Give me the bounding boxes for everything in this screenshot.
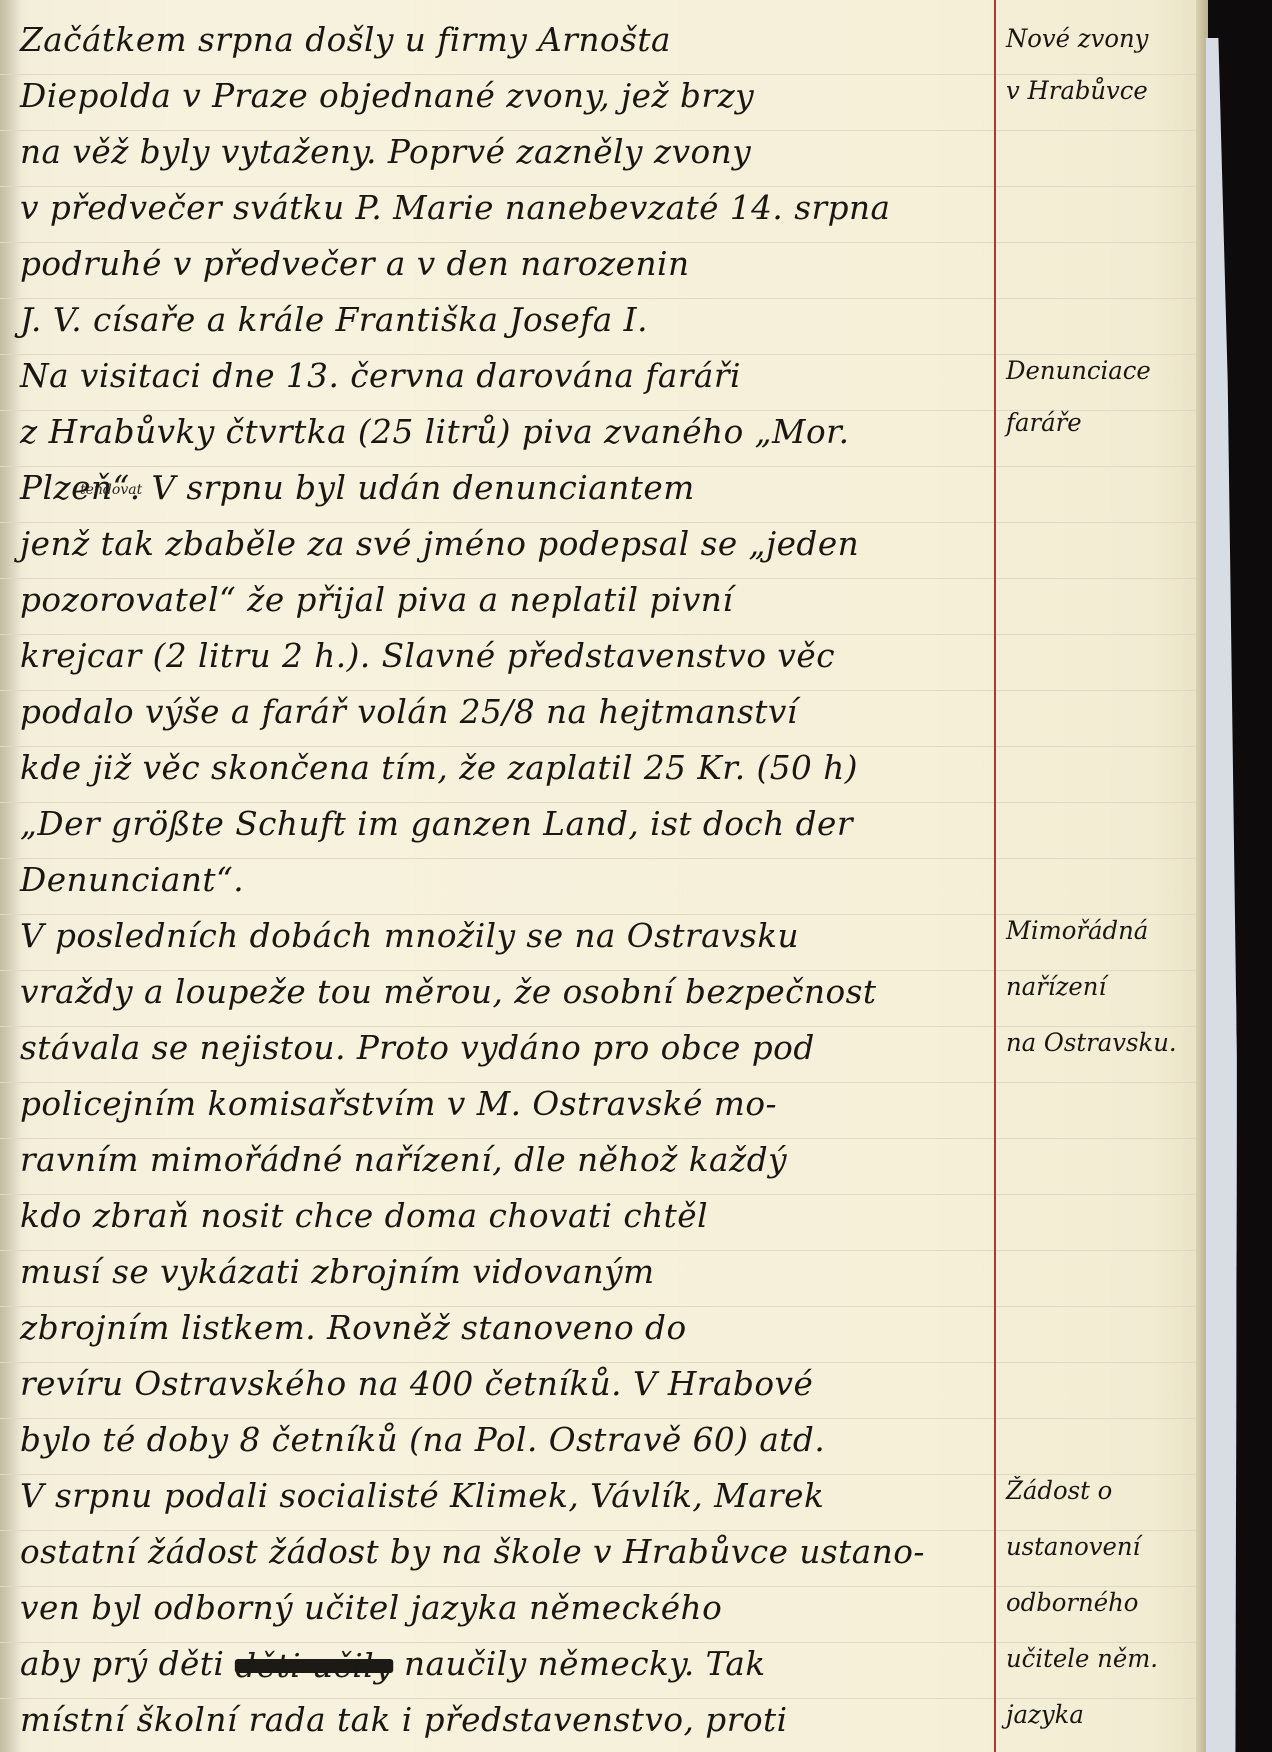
ruled-line <box>0 1082 1198 1083</box>
text-line: policejním komisařstvím v M. Ostravské m… <box>20 1084 970 1123</box>
margin-note-line: Denunciace <box>1006 356 1186 385</box>
ruled-line <box>0 1642 1198 1643</box>
ruled-line <box>0 74 1198 75</box>
ruled-line <box>0 858 1198 859</box>
margin-note-line: ustanovení <box>1006 1532 1186 1561</box>
margin-note-line: jazyka <box>1006 1700 1186 1729</box>
ruled-line <box>0 746 1198 747</box>
text-line: v předvečer svátku P. Marie nanebevzaté … <box>20 188 970 227</box>
ruled-line <box>0 970 1198 971</box>
margin-note-line: Nové zvony <box>1006 24 1186 53</box>
binding-shadow <box>0 0 22 1752</box>
text-line: místní školní rada tak i představenstvo,… <box>20 1700 970 1739</box>
ruled-line <box>0 802 1198 803</box>
ruled-line <box>0 1698 1198 1699</box>
margin-note-line: nařízení <box>1006 972 1186 1001</box>
ruled-line <box>0 242 1198 243</box>
ruled-line <box>0 1250 1198 1251</box>
text-line: z Hrabůvky čtvrtka (25 litrů) piva zvané… <box>20 412 970 451</box>
text-line: J. V. císaře a krále Františka Josefa I. <box>20 300 970 339</box>
red-margin-rule <box>994 0 996 1752</box>
ruled-line <box>0 298 1198 299</box>
text-line: ven byl odborný učitel jazyka německého <box>20 1588 970 1627</box>
text-line: jenž tak zbaběle za své jméno podepsal s… <box>20 524 970 563</box>
margin-note-line: v Hrabůvce <box>1006 76 1186 105</box>
german-quote-line: Denunciant“. <box>20 860 970 899</box>
text-line: V srpnu podali socialisté Klimek, Vávlík… <box>20 1476 970 1515</box>
text-line: ravním mimořádné nařízení, dle něhož kaž… <box>20 1140 970 1179</box>
ruled-line <box>0 1586 1198 1587</box>
interlinear-insertion: tendovat <box>80 482 142 498</box>
text-line: stávala se nejistou. Proto vydáno pro ob… <box>20 1028 970 1067</box>
text-line: ostatní žádost žádost by na škole v Hrab… <box>20 1532 970 1571</box>
text-line: Plzeň“. V srpnu byl udán denunciantem <box>20 468 970 507</box>
ruled-line <box>0 522 1198 523</box>
ruled-line <box>0 130 1198 131</box>
ruled-line <box>0 354 1198 355</box>
ruled-line <box>0 466 1198 467</box>
text-line: Na visitaci dne 13. června darována fará… <box>20 356 970 395</box>
margin-note-line: Mimořádná <box>1006 916 1186 945</box>
text-line: revíru Ostravského na 400 četníků. V Hra… <box>20 1364 970 1403</box>
ruled-line <box>0 1138 1198 1139</box>
margin-note-line: na Ostravsku. <box>1006 1028 1186 1057</box>
margin-note-line: odborného <box>1006 1588 1186 1617</box>
ruled-line <box>0 1530 1198 1531</box>
tissue-interleaf <box>1206 38 1237 1752</box>
text-line: musí se vykázati zbrojním vidovaným <box>20 1252 970 1291</box>
text-line: vraždy a loupeže tou měrou, že osobní be… <box>20 972 970 1011</box>
text-line: Začátkem srpna došly u firmy Arnošta <box>20 20 970 59</box>
text-line: bylo té doby 8 četníků (na Pol. Ostravě … <box>20 1420 970 1459</box>
ruled-line <box>0 1026 1198 1027</box>
ruled-line <box>0 914 1198 915</box>
text-line: podruhé v předvečer a v den narozenin <box>20 244 970 283</box>
text-line: pozorovatel“ že přijal piva a neplatil p… <box>20 580 970 619</box>
ruled-line <box>0 690 1198 691</box>
ruled-line <box>0 1306 1198 1307</box>
text-line: krejcar (2 litru 2 h.). Slavné představe… <box>20 636 970 675</box>
text-line: V posledních dobách množily se na Ostrav… <box>20 916 970 955</box>
ruled-line <box>0 1474 1198 1475</box>
margin-note-line: učitele něm. <box>1006 1644 1186 1673</box>
text-line: Diepolda v Praze objednané zvony, jež br… <box>20 76 970 115</box>
ruled-line <box>0 578 1198 579</box>
ruled-line <box>0 634 1198 635</box>
german-quote-line: „Der größte Schuft im ganzen Land, ist d… <box>20 804 970 843</box>
text-line: zbrojním listkem. Rovněž stanoveno do <box>20 1308 970 1347</box>
ruled-line <box>0 1362 1198 1363</box>
text-line: kdo zbraň nosit chce doma chovati chtěl <box>20 1196 970 1235</box>
text-line: na věž byly vytaženy. Poprvé zazněly zvo… <box>20 132 970 171</box>
ruled-line <box>0 186 1198 187</box>
ruled-line <box>0 1418 1198 1419</box>
text-line-with-strikethrough: aby prý děti děti učily naučily německy.… <box>20 1644 970 1683</box>
manuscript-page: Začátkem srpna došly u firmy Arnošta Die… <box>0 0 1198 1752</box>
text-line: podalo výše a farář volán 25/8 na hejtma… <box>20 692 970 731</box>
ruled-line <box>0 1194 1198 1195</box>
struck-out-word: děti učily <box>235 1659 393 1673</box>
margin-note-line: Žádost o <box>1006 1476 1186 1505</box>
text-line: kde již věc skončena tím, že zaplatil 25… <box>20 748 970 787</box>
margin-note-line: faráře <box>1006 408 1186 437</box>
